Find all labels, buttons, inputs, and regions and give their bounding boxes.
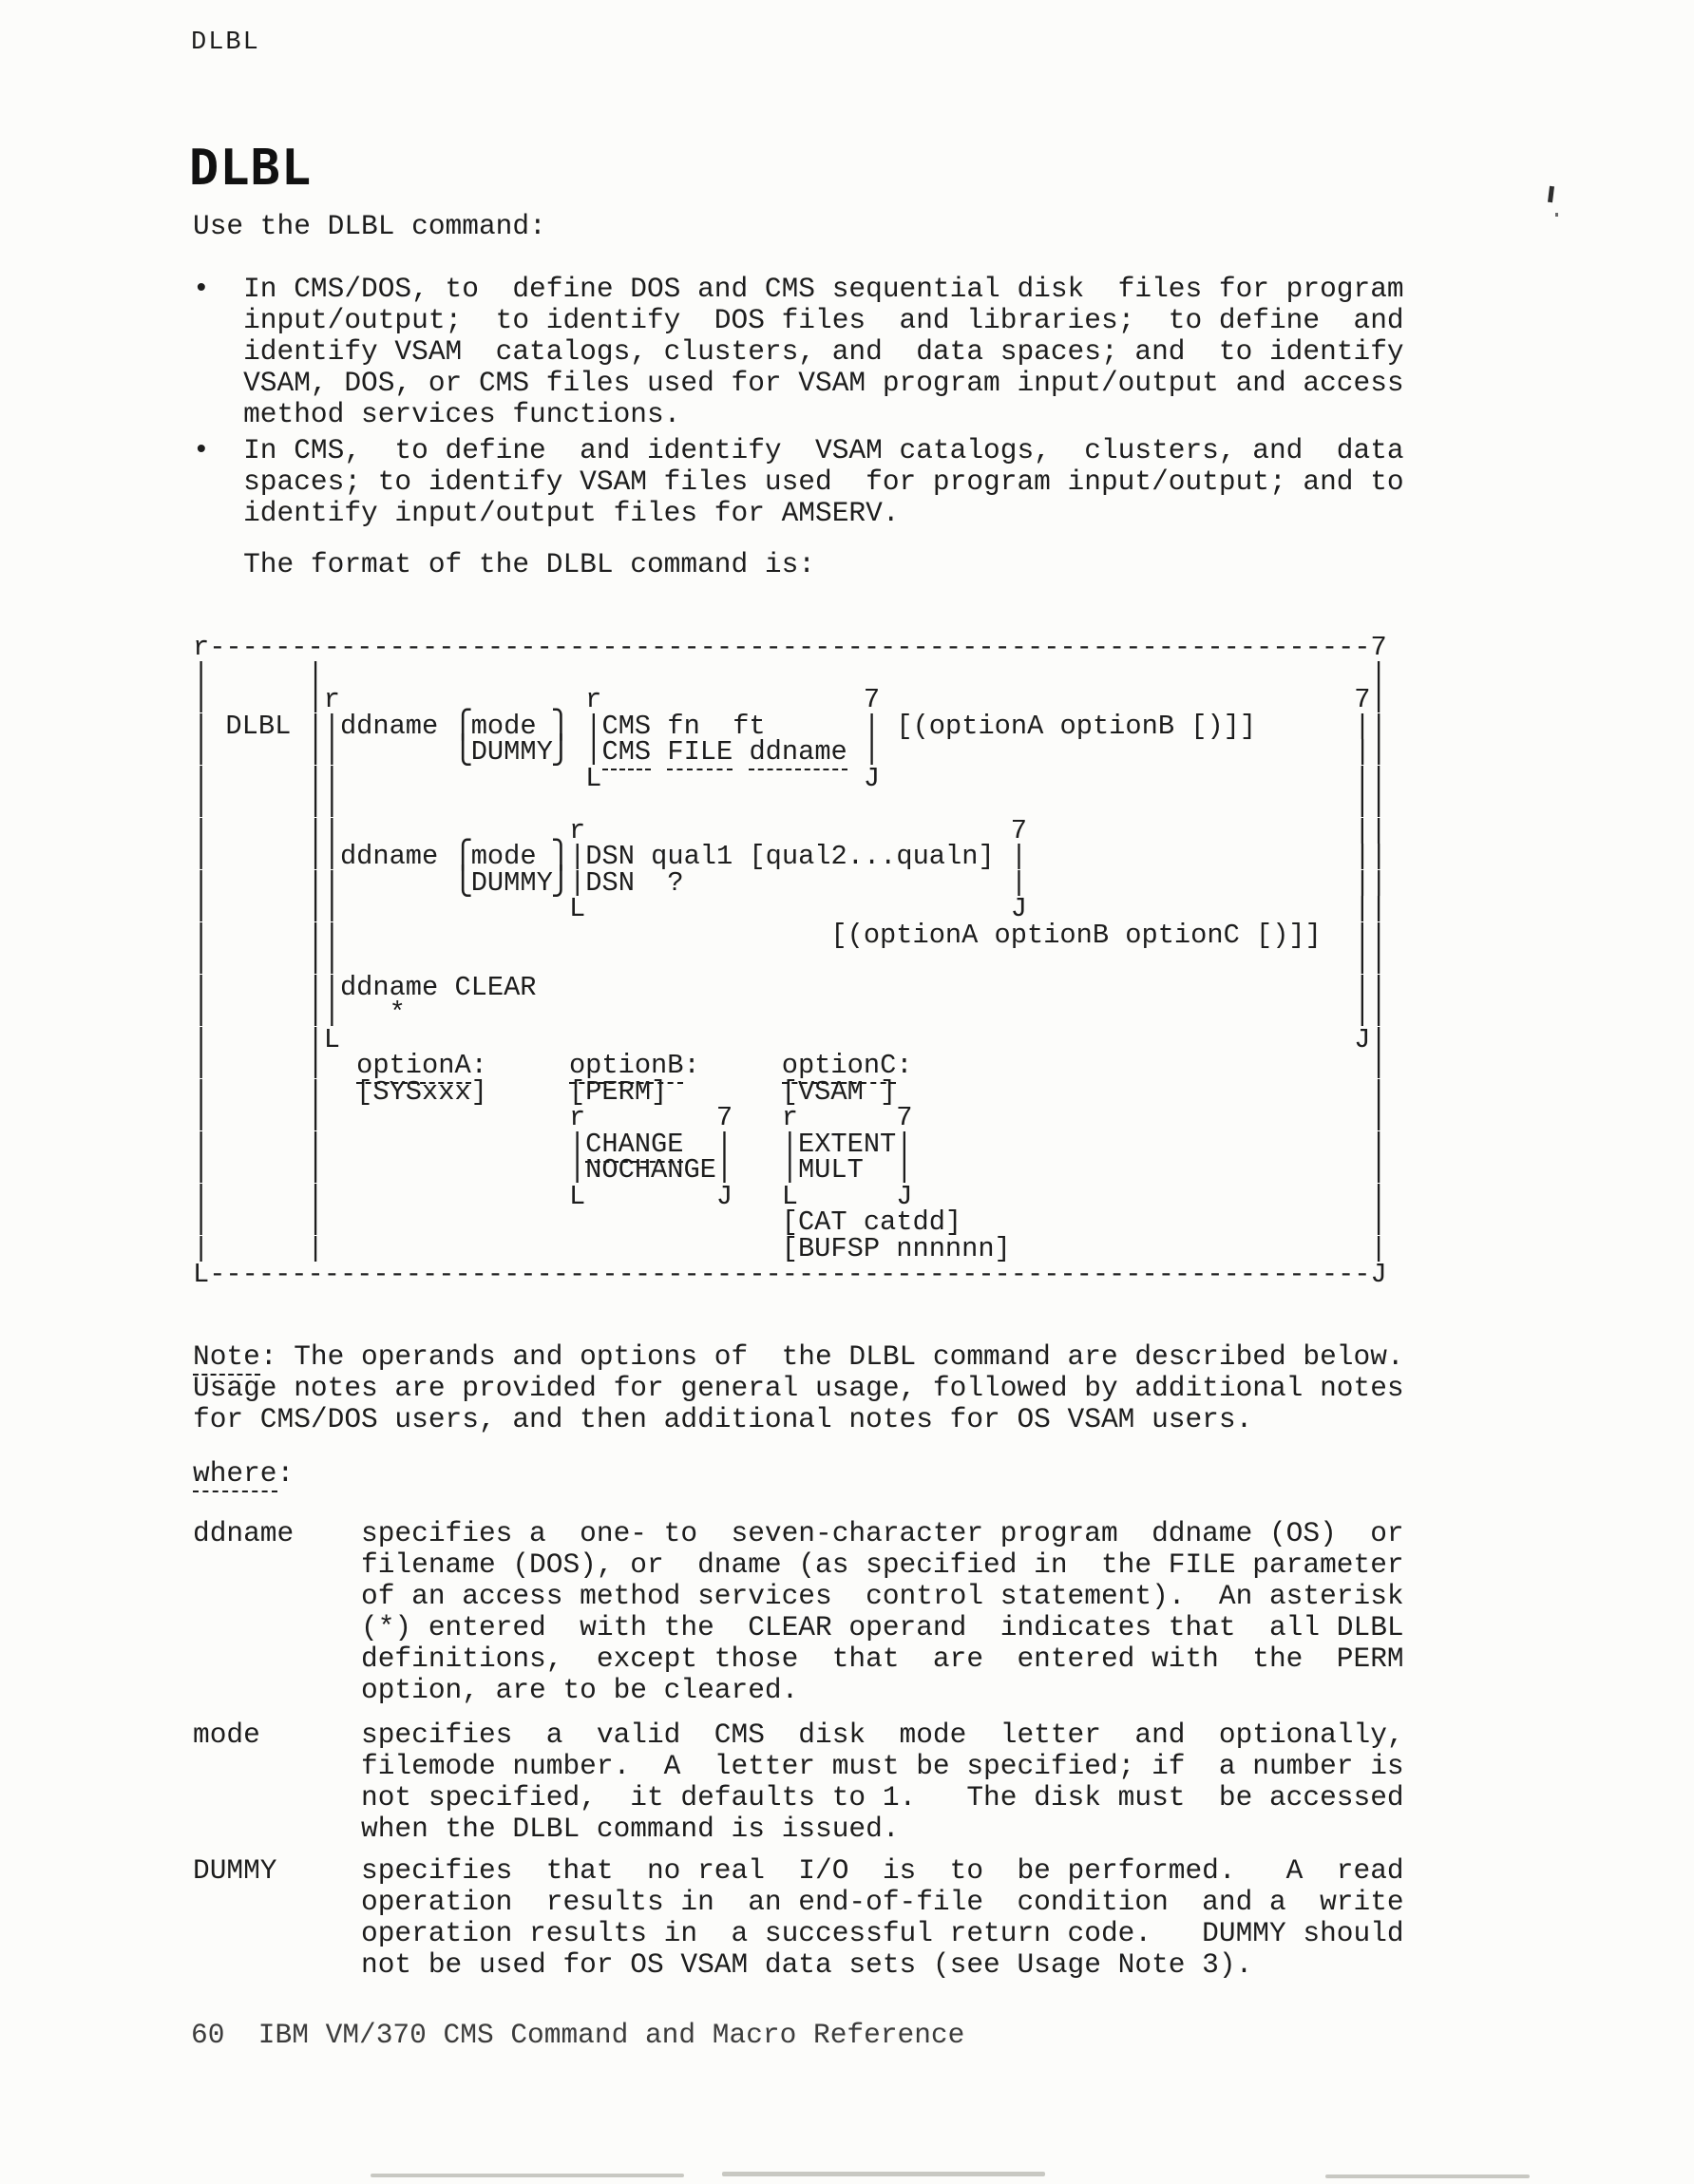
operand-mode: mode specifies a valid CMS disk mode let… bbox=[193, 1719, 1404, 1845]
scan-artifact-tick bbox=[1548, 186, 1554, 202]
bullet-item-cms: • In CMS, to define and identify VSAM ca… bbox=[193, 435, 1404, 529]
page-footer: 60 IBM VM/370 CMS Command and Macro Refe… bbox=[191, 2020, 964, 2051]
scan-artifact-dot bbox=[1555, 213, 1558, 217]
scan-artifact-smudge bbox=[1325, 2175, 1530, 2178]
intro-line: Use the DLBL command: bbox=[193, 211, 546, 242]
page-title: DLBL bbox=[189, 142, 312, 194]
operand-dummy: DUMMY specifies that no real I/O is to b… bbox=[193, 1855, 1404, 1981]
scan-artifact-smudge bbox=[371, 2174, 684, 2177]
running-header: DLBL bbox=[191, 28, 260, 57]
note-paragraph: Note: The operands and options of the DL… bbox=[193, 1341, 1404, 1435]
where-label: where: bbox=[193, 1458, 294, 1490]
syntax-box: r---------------------------------------… bbox=[193, 635, 1387, 1288]
bullet-item-cmsdos: • In CMS/DOS, to define DOS and CMS sequ… bbox=[193, 274, 1404, 430]
operand-ddname: ddname specifies a one- to seven-charact… bbox=[193, 1518, 1404, 1706]
format-lead: The format of the DLBL command is: bbox=[193, 549, 815, 580]
scan-artifact-smudge bbox=[722, 2172, 1045, 2176]
manual-page: DLBL DLBL Use the DLBL command: • In CMS… bbox=[0, 0, 1694, 2184]
